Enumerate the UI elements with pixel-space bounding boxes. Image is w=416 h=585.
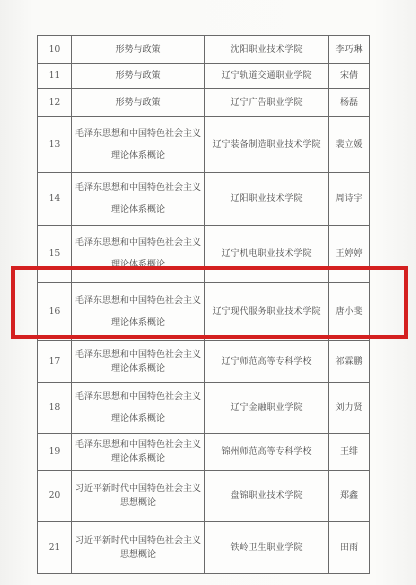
teacher-name-cell: 刘力贤: [329, 383, 370, 434]
course-name-line: 毛泽东思想和中国特色社会主义: [74, 123, 202, 145]
teacher-name-cell: 王绯: [329, 434, 370, 471]
course-cell: 形势与政策: [72, 36, 205, 64]
course-name-line: 理论体系概论: [74, 145, 202, 167]
course-name-line: 理论体系概论: [74, 254, 202, 276]
table-body: 10 形势与政策 沈阳职业技术学院 李巧琳 11 形势与政策 辽宁轨道交通职业学…: [38, 36, 370, 574]
teacher-name-cell: 周诗宇: [329, 173, 370, 226]
course-name-line: 形势与政策: [74, 39, 202, 61]
row-number-cell: 17: [38, 341, 72, 383]
course-name-line: 理论体系概论: [74, 452, 202, 466]
course-name-line: 习近平新时代中国特色社会主义: [74, 534, 202, 548]
row-number-cell: 14: [38, 173, 72, 226]
course-name-line: 思想概论: [74, 496, 202, 510]
table-row: 11 形势与政策 辽宁轨道交通职业学院 宋倩: [38, 64, 370, 89]
document-page: 10 形势与政策 沈阳职业技术学院 李巧琳 11 形势与政策 辽宁轨道交通职业学…: [0, 0, 416, 585]
school-cell: 辽宁广告职业学院: [205, 89, 329, 117]
school-cell: 辽阳职业技术学院: [205, 173, 329, 226]
row-number-cell: 15: [38, 226, 72, 283]
row-number-cell: 12: [38, 89, 72, 117]
course-cell: 毛泽东思想和中国特色社会主义理论体系概论: [72, 383, 205, 434]
table-row: 13 毛泽东思想和中国特色社会主义理论体系概论 辽宁装备制造职业技术学院 裴立媛: [38, 117, 370, 173]
school-cell: 盘锦职业技术学院: [205, 471, 329, 522]
row-number-cell: 18: [38, 383, 72, 434]
course-cell: 习近平新时代中国特色社会主义思想概论: [72, 522, 205, 574]
school-cell: 辽宁现代服务职业技术学院: [205, 283, 329, 341]
course-name-line: 毛泽东思想和中国特色社会主义: [74, 177, 202, 199]
teacher-name-cell: 祁霖鹏: [329, 341, 370, 383]
school-cell: 铁岭卫生职业学院: [205, 522, 329, 574]
course-name-line: 习近平新时代中国特色社会主义: [74, 482, 202, 496]
course-name-line: 毛泽东思想和中国特色社会主义: [74, 232, 202, 254]
course-cell: 毛泽东思想和中国特色社会主义理论体系概论: [72, 173, 205, 226]
table-row: 17 毛泽东思想和中国特色社会主义理论体系概论 辽宁师范高等专科学校 祁霖鹏: [38, 341, 370, 383]
table-row: 15 毛泽东思想和中国特色社会主义理论体系概论 辽宁机电职业技术学院 王婷婷: [38, 226, 370, 283]
school-cell: 辽宁师范高等专科学校: [205, 341, 329, 383]
course-cell: 毛泽东思想和中国特色社会主义理论体系概论: [72, 434, 205, 471]
course-name-line: 理论体系概论: [74, 362, 202, 376]
course-cell: 习近平新时代中国特色社会主义思想概论: [72, 471, 205, 522]
table-row: 16 毛泽东思想和中国特色社会主义理论体系概论 辽宁现代服务职业技术学院 唐小斐: [38, 283, 370, 341]
course-cell: 毛泽东思想和中国特色社会主义理论体系概论: [72, 283, 205, 341]
course-name-line: 理论体系概论: [74, 199, 202, 221]
row-number-cell: 11: [38, 64, 72, 89]
course-cell: 形势与政策: [72, 64, 205, 89]
row-number-cell: 16: [38, 283, 72, 341]
course-name-line: 毛泽东思想和中国特色社会主义: [74, 290, 202, 312]
school-cell: 辽宁装备制造职业技术学院: [205, 117, 329, 173]
course-name-line: 形势与政策: [74, 92, 202, 114]
teacher-name-cell: 李巧琳: [329, 36, 370, 64]
course-name-line: 理论体系概论: [74, 408, 202, 430]
school-cell: 辽宁金融职业学院: [205, 383, 329, 434]
table-row: 10 形势与政策 沈阳职业技术学院 李巧琳: [38, 36, 370, 64]
table-row: 19 毛泽东思想和中国特色社会主义理论体系概论 锦州师范高等专科学校 王绯: [38, 434, 370, 471]
teacher-name-cell: 唐小斐: [329, 283, 370, 341]
teacher-name-cell: 裴立媛: [329, 117, 370, 173]
school-cell: 沈阳职业技术学院: [205, 36, 329, 64]
award-list-table: 10 形势与政策 沈阳职业技术学院 李巧琳 11 形势与政策 辽宁轨道交通职业学…: [37, 35, 370, 574]
row-number-cell: 19: [38, 434, 72, 471]
course-cell: 形势与政策: [72, 89, 205, 117]
teacher-name-cell: 宋倩: [329, 64, 370, 89]
table-row: 12 形势与政策 辽宁广告职业学院 杨磊: [38, 89, 370, 117]
course-name-line: 形势与政策: [74, 65, 202, 87]
table-row: 18 毛泽东思想和中国特色社会主义理论体系概论 辽宁金融职业学院 刘力贤: [38, 383, 370, 434]
table-row: 14 毛泽东思想和中国特色社会主义理论体系概论 辽阳职业技术学院 周诗宇: [38, 173, 370, 226]
school-cell: 辽宁机电职业技术学院: [205, 226, 329, 283]
table-row: 21 习近平新时代中国特色社会主义思想概论 铁岭卫生职业学院 田雨: [38, 522, 370, 574]
school-cell: 辽宁轨道交通职业学院: [205, 64, 329, 89]
course-name-line: 理论体系概论: [74, 312, 202, 334]
row-number-cell: 10: [38, 36, 72, 64]
course-cell: 毛泽东思想和中国特色社会主义理论体系概论: [72, 341, 205, 383]
course-name-line: 思想概论: [74, 548, 202, 562]
row-number-cell: 20: [38, 471, 72, 522]
teacher-name-cell: 杨磊: [329, 89, 370, 117]
course-name-line: 毛泽东思想和中国特色社会主义: [74, 438, 202, 452]
course-cell: 毛泽东思想和中国特色社会主义理论体系概论: [72, 226, 205, 283]
course-cell: 毛泽东思想和中国特色社会主义理论体系概论: [72, 117, 205, 173]
course-name-line: 毛泽东思想和中国特色社会主义: [74, 348, 202, 362]
row-number-cell: 13: [38, 117, 72, 173]
row-number-cell: 21: [38, 522, 72, 574]
teacher-name-cell: 田雨: [329, 522, 370, 574]
course-name-line: 毛泽东思想和中国特色社会主义: [74, 386, 202, 408]
table-row: 20 习近平新时代中国特色社会主义思想概论 盘锦职业技术学院 郑鑫: [38, 471, 370, 522]
teacher-name-cell: 王婷婷: [329, 226, 370, 283]
school-cell: 锦州师范高等专科学校: [205, 434, 329, 471]
teacher-name-cell: 郑鑫: [329, 471, 370, 522]
